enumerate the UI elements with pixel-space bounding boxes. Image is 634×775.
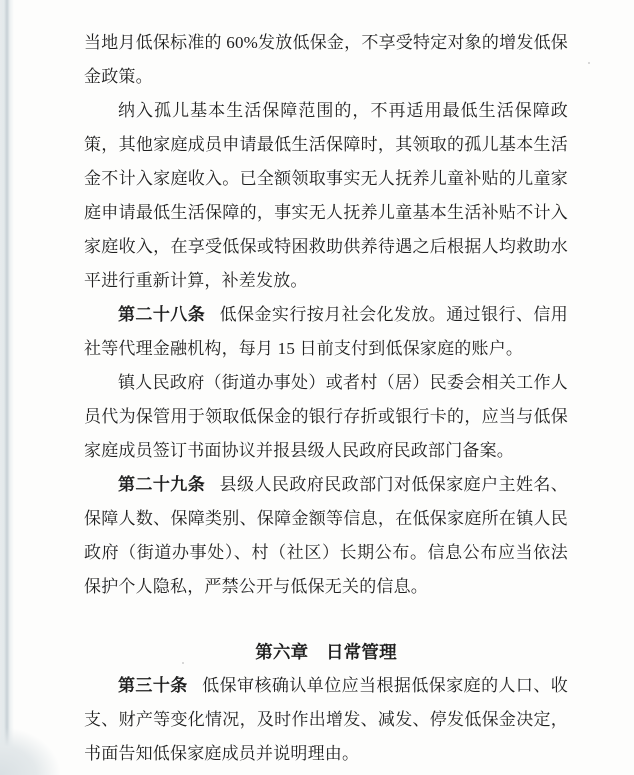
page-edge-shadow [0, 0, 14, 775]
document-text: 当地月低保标准的 60%发放低保金，不享受特定对象的增发低保金政策。纳入孤儿基本… [84, 26, 568, 771]
paragraph: 镇人民政府（街道办事处）或者村（居）民委会相关工作人员代为保管用于领取低保金的银… [84, 366, 568, 468]
scan-speck [588, 62, 590, 64]
chapter-heading: 第六章 日常管理 [84, 635, 568, 669]
article-number: 第二十九条 [118, 475, 205, 494]
page-corner-shadow [0, 705, 90, 775]
paragraph: 纳入孤儿基本生活保障范围的，不再适用最低生活保障政策，其他家庭成员申请最低生活保… [84, 94, 568, 298]
article-number: 第三十条 [118, 676, 188, 695]
article-number: 第二十八条 [118, 305, 205, 324]
paragraph: 第二十九条县级人民政府民政部门对低保家庭户主姓名、保障人数、保障类别、保障金额等… [84, 468, 568, 604]
document-page: 当地月低保标准的 60%发放低保金，不享受特定对象的增发低保金政策。纳入孤儿基本… [0, 0, 634, 775]
paragraph: 当地月低保标准的 60%发放低保金，不享受特定对象的增发低保金政策。 [84, 26, 568, 94]
paragraph: 第二十八条低保金实行按月社会化发放。通过银行、信用社等代理金融机构，每月 15 … [84, 298, 568, 366]
paragraph: 第三十条低保审核确认单位应当根据低保家庭的人口、收支、财产等变化情况，及时作出增… [84, 669, 568, 771]
